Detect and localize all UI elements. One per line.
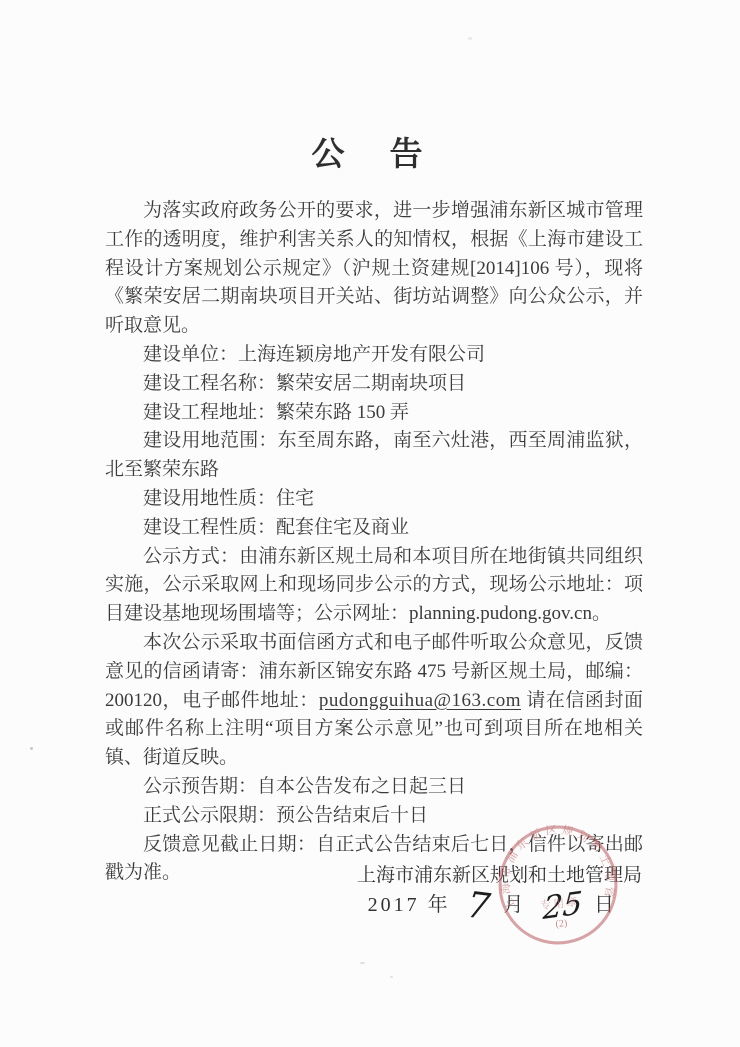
scan-artifact bbox=[360, 962, 365, 964]
field-construction-unit: 建设单位：上海连颖房地产开发有限公司 bbox=[105, 341, 643, 370]
field-land-use-nature: 建设用地性质：住宅 bbox=[105, 485, 643, 514]
seal-number: (2) bbox=[555, 918, 568, 930]
official-seal: 上海市浦东新区规划和土地管理局 专用章 (2) bbox=[490, 817, 627, 954]
publicity-method-paragraph: 公示方式：由浦东新区规土局和本项目所在地街镇共同组织实施，公示采取网上和现场同步… bbox=[105, 543, 643, 629]
seal-center-text: 专用章 bbox=[539, 895, 580, 912]
field-land-scope: 建设用地范围：东至周东路，南至六灶港，西至周浦监狱，北至繁荣东路 bbox=[105, 427, 643, 485]
scan-artifact bbox=[30, 747, 33, 750]
date-year: 2017 年 bbox=[368, 894, 451, 916]
feedback-paragraph: 本次公示采取书面信函方式和电子邮件听取公众意见，反馈意见的信函请寄：浦东新区锦安… bbox=[105, 629, 643, 773]
intro-paragraph: 为落实政府政务公开的要求，进一步增强浦东新区城市管理工作的透明度，维护利害关系人… bbox=[105, 197, 643, 341]
field-project-nature: 建设工程性质：配套住宅及商业 bbox=[105, 514, 643, 543]
scan-artifact bbox=[468, 37, 472, 40]
scan-artifact bbox=[390, 976, 393, 978]
document-title: 公 告 bbox=[0, 128, 740, 175]
notice-document: 公 告 为落实政府政务公开的要求，进一步增强浦东新区城市管理工作的透明度，维护利… bbox=[0, 0, 740, 1047]
field-project-address: 建设工程地址：繁荣东路 150 弄 bbox=[105, 399, 643, 428]
handwritten-month: 7 bbox=[465, 889, 492, 926]
email-address: pudongguihua@163.com bbox=[319, 690, 521, 711]
field-project-name: 建设工程名称：繁荣安居二期南块项目 bbox=[105, 370, 643, 399]
pre-announcement-period: 公示预告期：自本公告发布之日起三日 bbox=[105, 773, 643, 802]
document-body: 为落实政府政务公开的要求，进一步增强浦东新区城市管理工作的透明度，维护利害关系人… bbox=[105, 197, 643, 888]
